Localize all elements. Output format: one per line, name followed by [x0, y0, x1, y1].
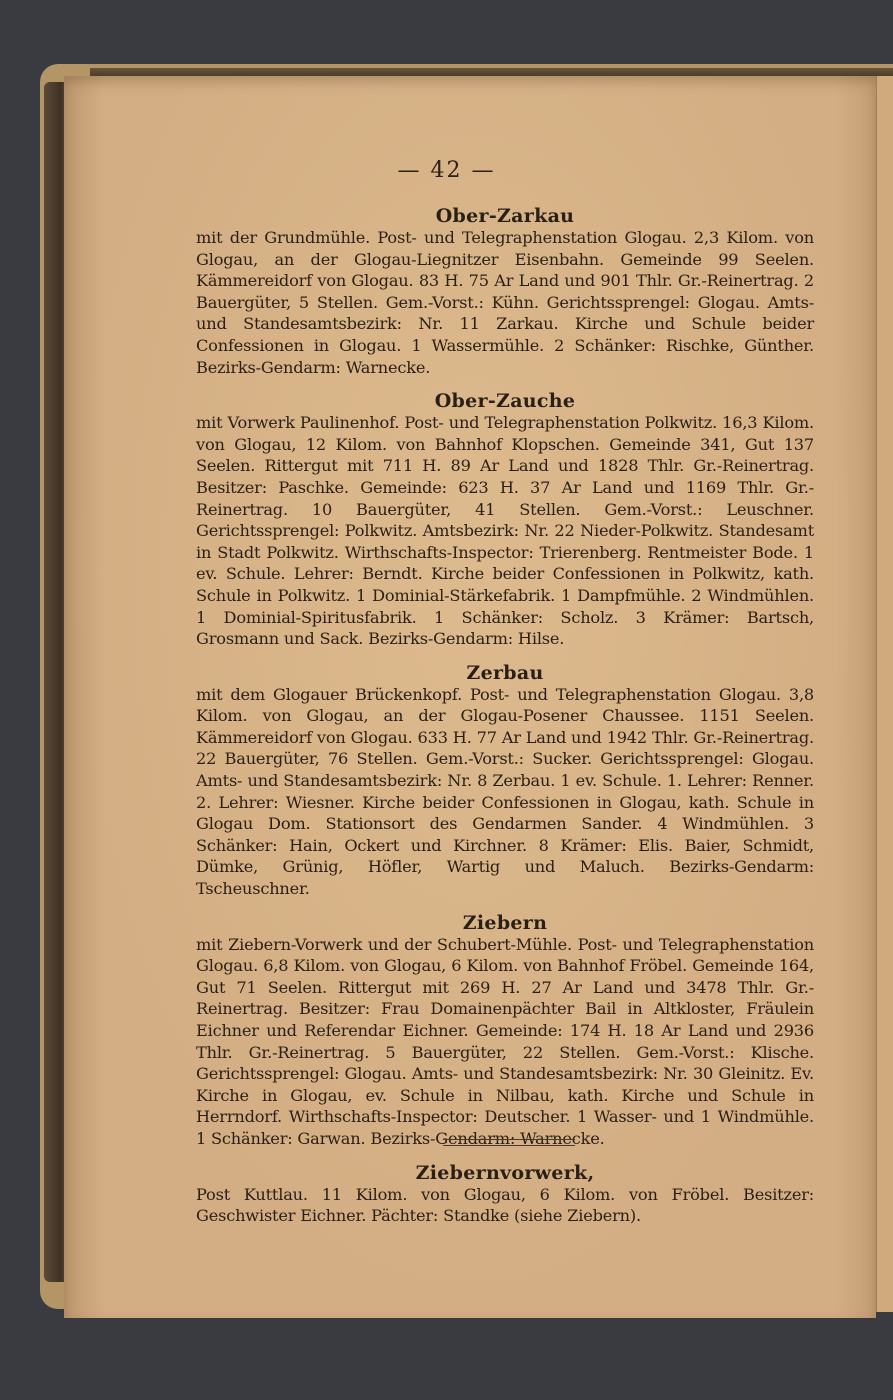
entry-ober-zarkau: Ober-Zarkau mit der Grundmühle. Post- un… — [196, 206, 814, 378]
page-content: Ober-Zarkau mit der Grundmühle. Post- un… — [196, 206, 814, 1240]
entry-title: Ober-Zauche — [196, 391, 814, 412]
section-end-rule — [443, 1139, 575, 1146]
entry-body: mit Ziebern-Vorwerk und der Schubert-Müh… — [196, 934, 814, 1150]
entry-zerbau: Zerbau mit dem Glogauer Brückenkopf. Pos… — [196, 663, 814, 900]
entry-title: Zerbau — [196, 663, 814, 684]
entry-title: Ober-Zarkau — [196, 206, 814, 227]
entry-ober-zauche: Ober-Zauche mit Vorwerk Paulinenhof. Pos… — [196, 391, 814, 650]
entry-title: Ziebern — [196, 913, 814, 934]
entry-ziebernvorwerk: Ziebernvorwerk, Post Kuttlau. 11 Kilom. … — [196, 1163, 814, 1227]
page-number: — 42 — — [0, 158, 893, 183]
entry-body: mit der Grundmühle. Post- und Telegraphe… — [196, 227, 814, 378]
entry-title: Ziebernvorwerk, — [196, 1163, 814, 1184]
facing-page-edge — [876, 76, 893, 1312]
entry-body: mit dem Glogauer Brückenkopf. Post- und … — [196, 684, 814, 900]
entry-body: Post Kuttlau. 11 Kilom. von Glogau, 6 Ki… — [196, 1184, 814, 1227]
entry-body: mit Vorwerk Paulinenhof. Post- und Teleg… — [196, 412, 814, 650]
entry-ziebern: Ziebern mit Ziebern-Vorwerk und der Schu… — [196, 913, 814, 1150]
